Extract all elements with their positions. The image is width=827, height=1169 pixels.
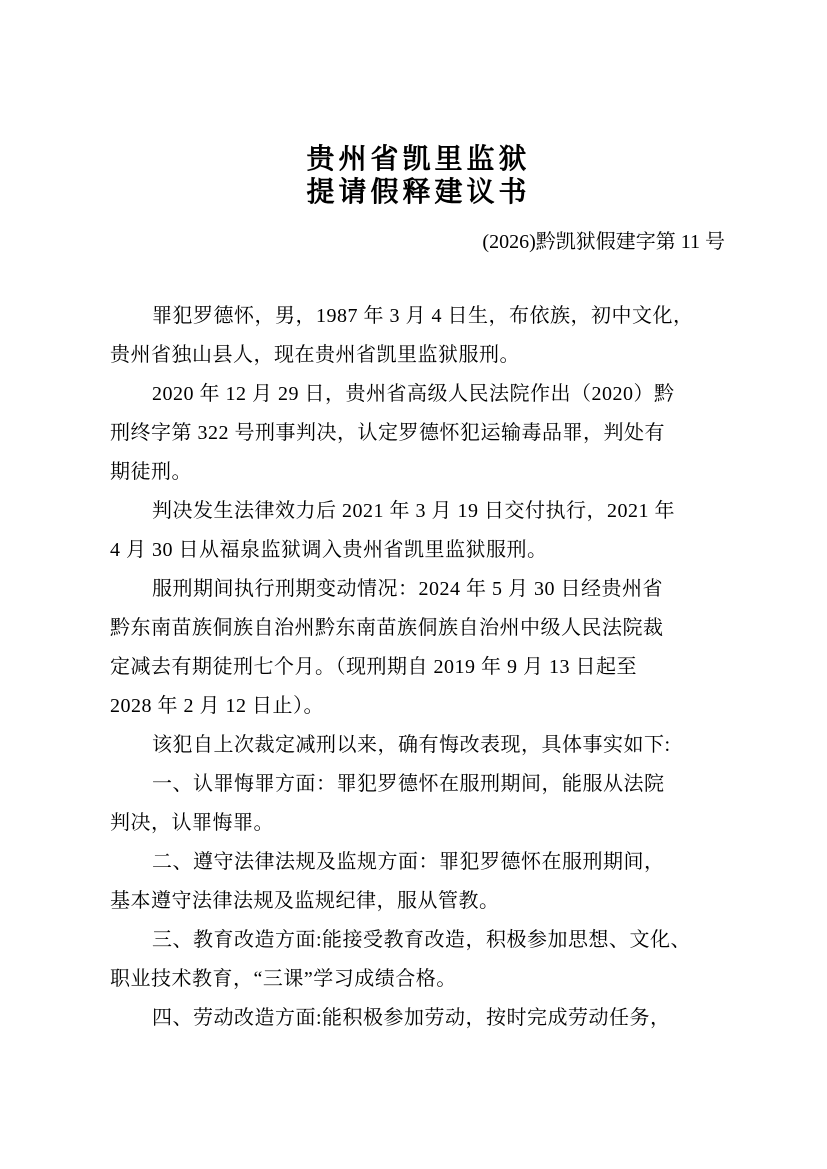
body-line: 一、认罪悔罪方面：罪犯罗德怀在服刑期间，能服从法院 (110, 765, 727, 804)
body-line: 基本遵守法律法规及监规纪律，服从管教。 (110, 882, 727, 921)
title-line-doctype: 提请假释建议书 (110, 176, 727, 209)
body-line: 判决，认罪悔罪。 (110, 804, 727, 843)
body-line: 刑终字第 322 号刑事判决，认定罗德怀犯运输毒品罪，判处有 (110, 414, 727, 453)
body-line: 职业技术教育，“三课”学习成绩合格。 (110, 960, 727, 999)
body-line: 期徒刑。 (110, 453, 727, 492)
body-line: 罪犯罗德怀，男，1987 年 3 月 4 日生，布依族，初中文化， (110, 297, 727, 336)
body-line: 判决发生法律效力后 2021 年 3 月 19 日交付执行，2021 年 (110, 492, 727, 531)
document-page: 贵州省凯里监狱 提请假释建议书 (2026)黔凯狱假建字第 11 号 罪犯罗德怀… (0, 0, 827, 1169)
body-line: 4 月 30 日从福泉监狱调入贵州省凯里监狱服刑。 (110, 531, 727, 570)
document-title: 贵州省凯里监狱 提请假释建议书 (110, 143, 727, 209)
body-line: 四、劳动改造方面:能积极参加劳动，按时完成劳动任务， (110, 999, 727, 1038)
body-line: 该犯自上次裁定减刑以来，确有悔改表现，具体事实如下: (110, 726, 727, 765)
document-number: (2026)黔凯狱假建字第 11 号 (110, 229, 727, 255)
body-line: 服刑期间执行刑期变动情况：2024 年 5 月 30 日经贵州省 (110, 570, 727, 609)
body-line: 三、教育改造方面:能接受教育改造，积极参加思想、文化、 (110, 921, 727, 960)
body-line: 2028 年 2 月 12 日止）。 (110, 687, 727, 726)
body-line: 贵州省独山县人，现在贵州省凯里监狱服刑。 (110, 336, 727, 375)
body-line: 2020 年 12 月 29 日，贵州省高级人民法院作出（2020）黔 (110, 375, 727, 414)
body-line: 黔东南苗族侗族自治州黔东南苗族侗族自治州中级人民法院裁 (110, 609, 727, 648)
title-line-org: 贵州省凯里监狱 (110, 143, 727, 176)
body-line: 二、遵守法律法规及监规方面：罪犯罗德怀在服刑期间， (110, 843, 727, 882)
document-body: 罪犯罗德怀，男，1987 年 3 月 4 日生，布依族，初中文化，贵州省独山县人… (110, 297, 727, 1038)
body-line: 定减去有期徒刑七个月。（现刑期自 2019 年 9 月 13 日起至 (110, 648, 727, 687)
